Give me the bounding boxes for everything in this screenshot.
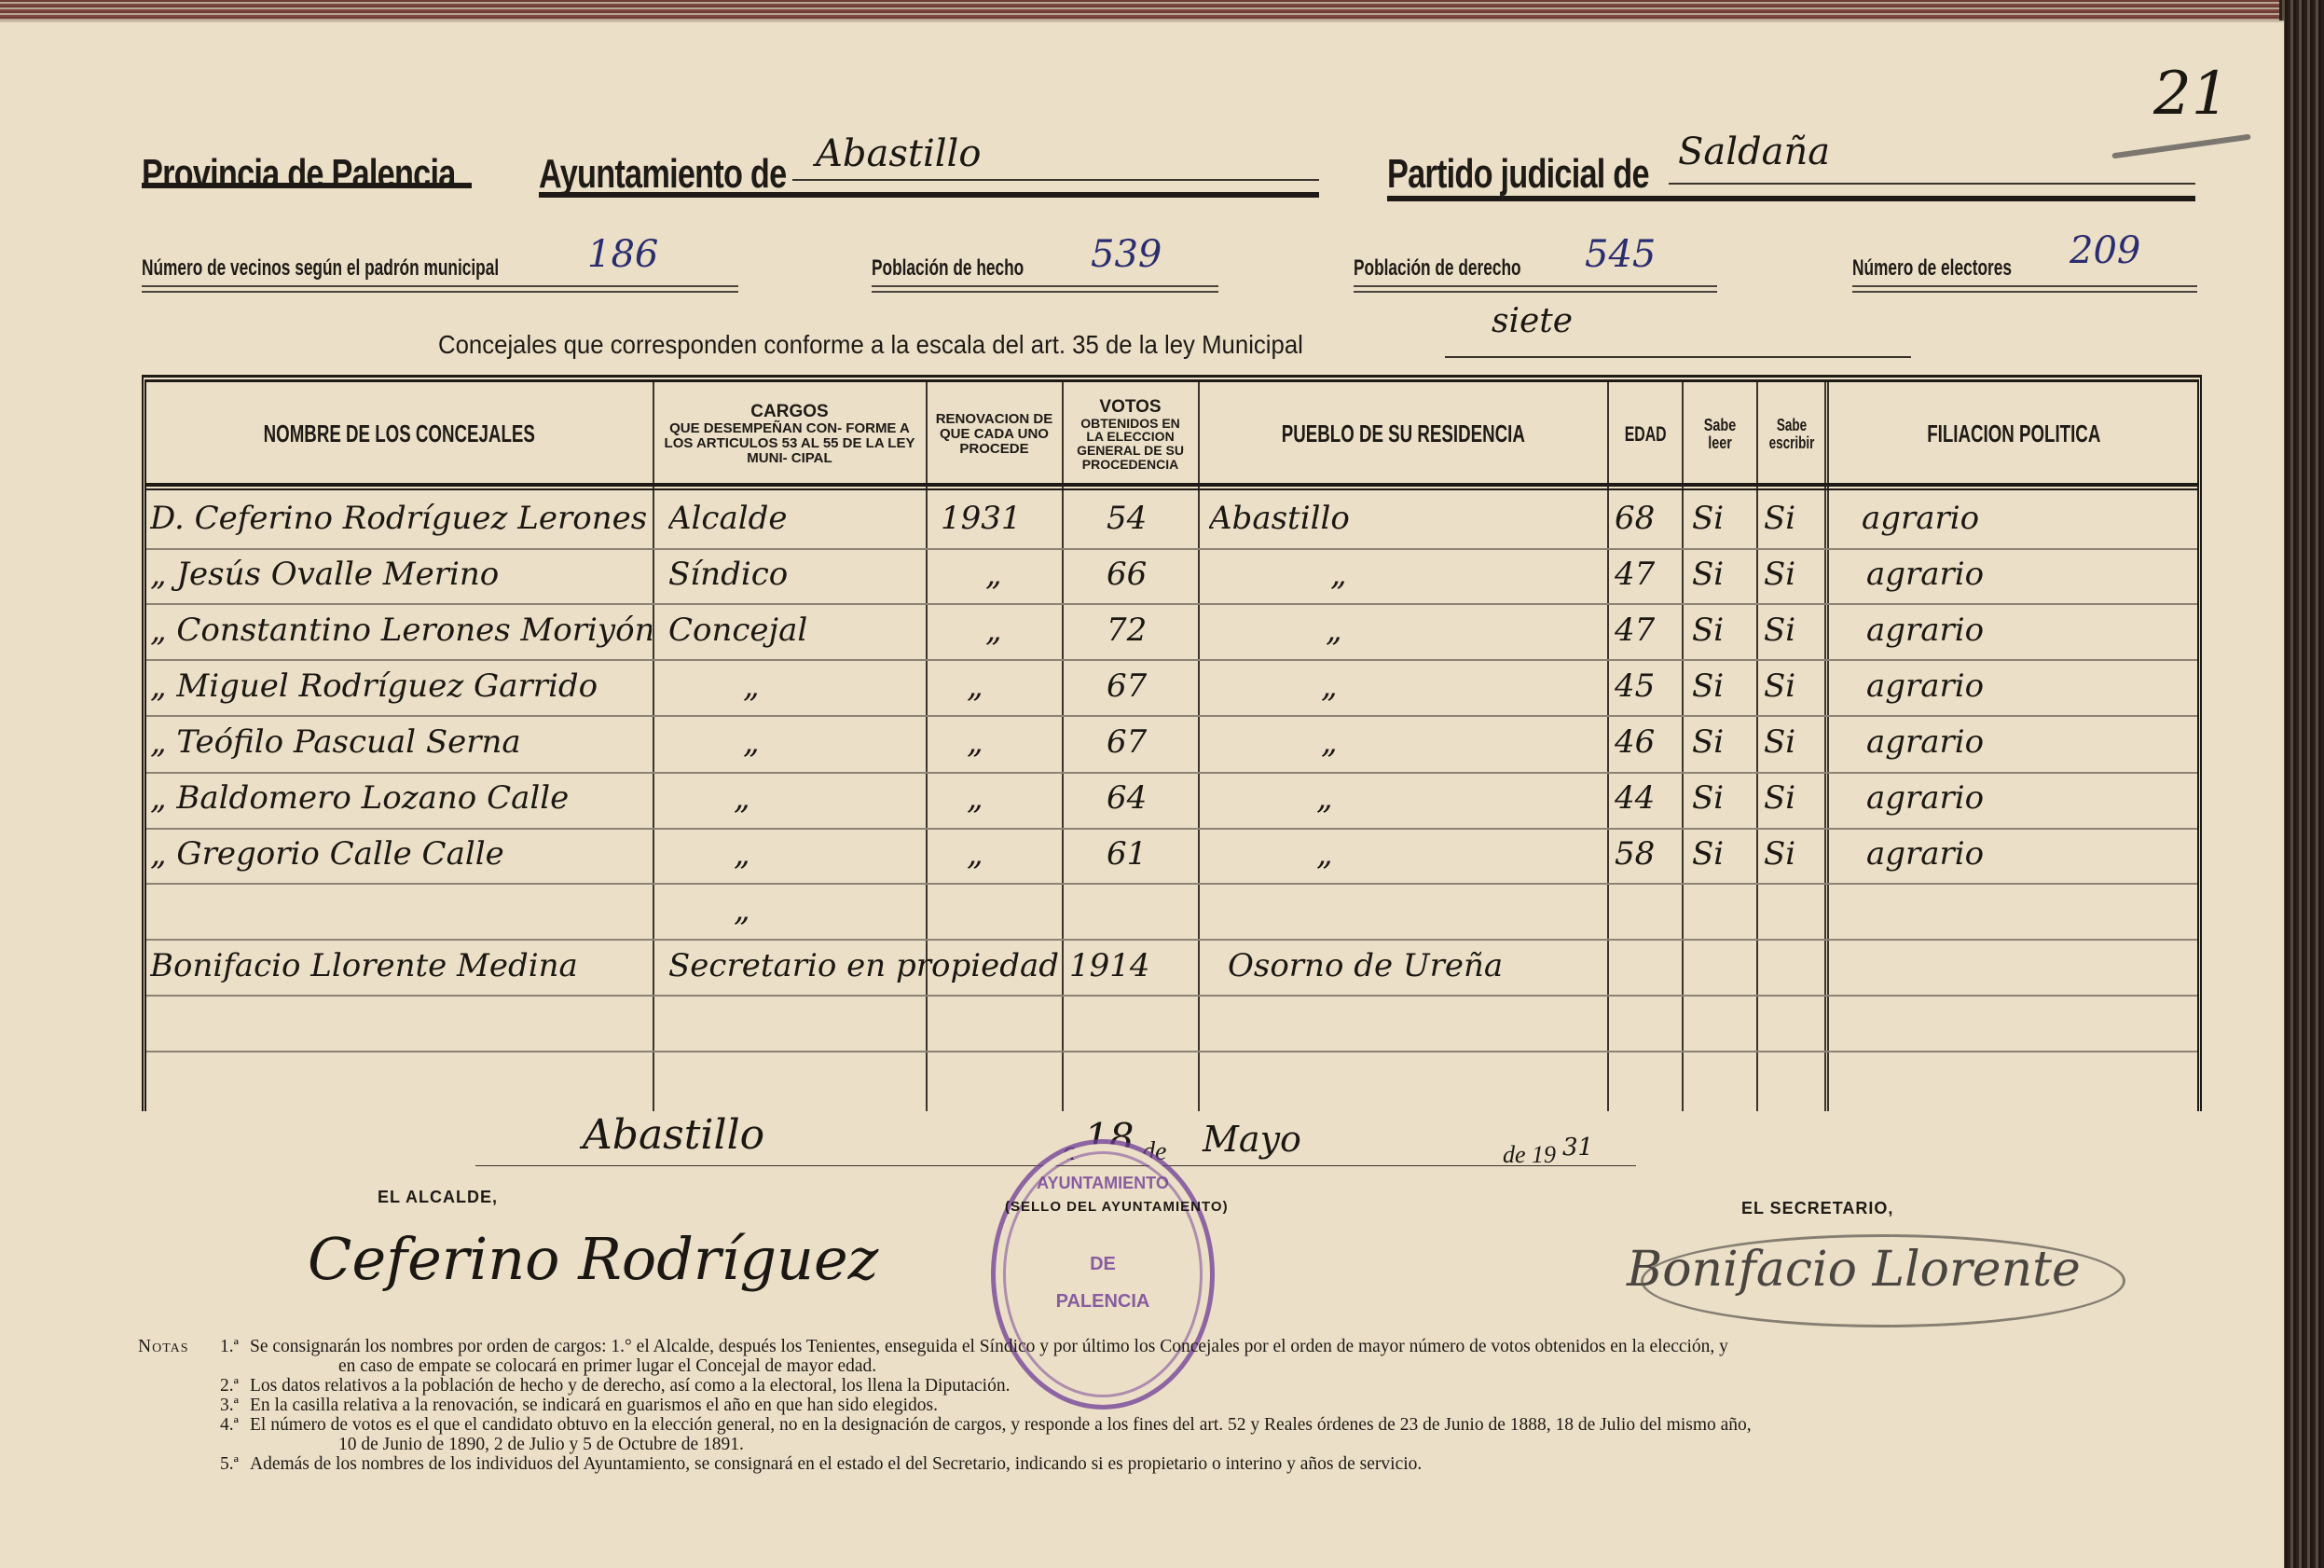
cell-renovacion: 1914	[1069, 947, 1150, 984]
ayuntamiento-value: Abastillo	[816, 132, 981, 175]
note-text: En la casilla relativa a la renovación, …	[250, 1396, 938, 1415]
cell-cargo: „	[734, 891, 750, 928]
col-divider	[1824, 382, 1829, 1111]
note-number: 5.ª	[138, 1454, 250, 1474]
header-filiacion: FILIACION POLITICA	[1831, 388, 2197, 481]
cell-votos: 66	[1107, 556, 1147, 593]
electores-value: 209	[2070, 229, 2140, 272]
note-text: El número de votos es el que el candidat…	[250, 1415, 1752, 1435]
header-sabe-escribir-text: Sabe escribir	[1767, 417, 1817, 452]
partido-fill-line	[1669, 183, 2195, 185]
col-divider	[1756, 382, 1758, 1111]
header-cargos-sub: QUE DESEMPEÑAN CON- FORME A LOS ARTICULO…	[664, 421, 915, 465]
document-page: 21 Provincia de Palencia Ayuntamiento de…	[0, 21, 2284, 1568]
header-cargos: CARGOS QUE DESEMPEÑAN CON- FORME A LOS A…	[654, 388, 925, 481]
derecho-rule	[1354, 285, 1717, 293]
ayuntamiento-fill-line	[792, 179, 1319, 181]
stamp-text-top: AYUNTAMIENTO	[996, 1174, 1210, 1193]
note-number: 3.ª	[138, 1396, 250, 1415]
cell-cargo: „	[743, 723, 760, 761]
cell-pueblo: „	[1330, 556, 1347, 593]
alcalde-label: EL ALCALDE,	[378, 1188, 498, 1207]
cell-nombre: D. Ceferino Rodríguez Lerones	[150, 500, 652, 537]
cell-edad: 45	[1615, 667, 1655, 705]
header-sabe-leer-text: Sabe leer	[1701, 417, 1739, 452]
row-rule	[146, 603, 2197, 605]
concejales-label: Concejales que corresponden conforme a l…	[438, 330, 1303, 360]
electores-label: Número de electores	[1852, 255, 2012, 282]
cell-renovacion: 1931	[941, 500, 1022, 537]
cell-filiacion: agrario	[1866, 723, 1984, 761]
cell-escribir: Si	[1764, 500, 1795, 537]
cell-leer: Si	[1692, 612, 1724, 649]
note-number: 4.ª	[138, 1415, 250, 1435]
cell-edad: 58	[1615, 835, 1655, 873]
col-divider	[653, 382, 654, 1111]
partido-value: Saldaña	[1678, 131, 1830, 173]
hecho-value: 539	[1091, 233, 1162, 276]
row-rule	[146, 659, 2197, 661]
header-renovacion: RENOVACION DE QUE CADA UNO PROCEDE	[928, 388, 1061, 481]
header-renovacion-text: RENOVACION DE QUE CADA UNO PROCEDE	[934, 412, 1055, 456]
note-text: Se consignarán los nombres por orden de …	[250, 1337, 1728, 1356]
col-divider	[1607, 382, 1609, 1111]
cell-votos: 61	[1107, 835, 1147, 873]
cell-escribir: Si	[1764, 779, 1795, 817]
cell-pueblo: Abastillo	[1209, 500, 1350, 537]
hecho-label: Población de hecho	[872, 255, 1024, 282]
cell-renovacion: „	[967, 835, 983, 873]
header-sabe-escribir: Sabe escribir	[1758, 388, 1825, 481]
row-rule	[146, 995, 2197, 997]
cell-nombre: „ Gregorio Calle Calle	[150, 835, 652, 873]
cell-pueblo: „	[1326, 612, 1342, 649]
note-continuation: 10 de Junio de 1890, 2 de Julio y 5 de O…	[138, 1435, 2235, 1454]
row-rule	[146, 1051, 2197, 1052]
year-label: de 19	[1503, 1141, 1556, 1169]
cell-nombre: „ Constantino Lerones Moriyón	[150, 612, 652, 649]
row-rule	[146, 828, 2197, 830]
cell-leer: Si	[1692, 500, 1724, 537]
notes-section: Notas 1.ª Se consignarán los nombres por…	[138, 1337, 2235, 1474]
col-divider	[926, 382, 928, 1111]
header-nombre: NOMBRE DE LOS CONCEJALES	[146, 388, 653, 481]
cell-leer: Si	[1692, 556, 1724, 593]
place-value: Abastillo	[583, 1111, 764, 1159]
cell-escribir: Si	[1764, 556, 1795, 593]
vecinos-rule	[142, 285, 738, 293]
secretario-label: EL SECRETARIO,	[1741, 1199, 1893, 1218]
cell-leer: Si	[1692, 779, 1724, 817]
row-rule	[146, 939, 2197, 941]
ayuntamiento-label: Ayuntamiento de	[539, 151, 786, 198]
header-rule	[146, 483, 2197, 490]
page-number-underline	[2111, 134, 2250, 159]
cell-leer: Si	[1692, 723, 1724, 761]
cell-pueblo: „	[1316, 835, 1333, 873]
header-filiacion-text: FILIACION POLITICA	[1927, 421, 2100, 447]
col-divider	[1062, 382, 1064, 1111]
alcalde-signature: Ceferino Rodríguez	[308, 1225, 878, 1293]
secretario-flourish	[1641, 1234, 2125, 1327]
cell-pueblo: „	[1321, 723, 1338, 761]
cell-cargo: „	[743, 667, 760, 705]
cell-votos: 67	[1107, 723, 1147, 761]
year-value: 31	[1562, 1134, 1593, 1162]
vecinos-value: 186	[587, 233, 658, 276]
cell-cargo: Alcalde	[668, 500, 788, 537]
cell-cargo: „	[734, 835, 750, 873]
note-item: 2.ª Los datos relativos a la población d…	[138, 1376, 2235, 1396]
concejales-value: siete	[1492, 302, 1573, 340]
note-continuation: en caso de empate se colocará en primer …	[138, 1356, 2235, 1376]
cell-cargo: Concejal	[668, 612, 807, 649]
cell-pueblo: „	[1321, 667, 1338, 705]
col-divider	[1198, 382, 1200, 1111]
book-binding-edge	[2279, 0, 2324, 1568]
cell-nombre: Bonifacio Llorente Medina	[150, 947, 652, 984]
note-item: 4.ª El número de votos es el que el cand…	[138, 1415, 2235, 1435]
partido-rule	[1387, 196, 2195, 201]
cell-filiacion: agrario	[1866, 667, 1984, 705]
cell-renovacion: „	[967, 667, 983, 705]
page-number: 21	[2153, 60, 2229, 129]
cell-escribir: Si	[1764, 667, 1795, 705]
derecho-value: 545	[1585, 233, 1656, 276]
derecho-label: Población de derecho	[1354, 255, 1521, 282]
cell-filiacion: agrario	[1866, 779, 1984, 817]
header-pueblo-text: PUEBLO DE SU RESIDENCIA	[1281, 421, 1524, 447]
cell-escribir: Si	[1764, 612, 1795, 649]
cell-votos: 54	[1107, 500, 1147, 537]
header-votos-sub: OBTENIDOS EN LA ELECCION GENERAL DE SU P…	[1072, 417, 1189, 472]
note-item: 3.ª En la casilla relativa a la renovaci…	[138, 1396, 2235, 1415]
month-value: Mayo	[1203, 1119, 1301, 1160]
notes-label: Notas	[138, 1337, 203, 1356]
cell-nombre: „ Teófilo Pascual Serna	[150, 723, 652, 761]
cell-filiacion: agrario	[1866, 556, 1984, 593]
col-divider	[1682, 382, 1684, 1111]
note-number: 1.ª	[203, 1337, 250, 1356]
ayuntamiento-rule	[539, 192, 1319, 198]
header-edad-text: EDAD	[1625, 423, 1667, 445]
cell-votos: 72	[1107, 612, 1147, 649]
note-text: Los datos relativos a la población de he…	[250, 1376, 1010, 1396]
cell-renovacion: „	[967, 723, 983, 761]
note-item: 5.ª Además de los nombres de los individ…	[138, 1454, 2235, 1474]
concejales-fill-line	[1445, 356, 1911, 358]
stamp-text-place: PALENCIA	[996, 1291, 1210, 1313]
cell-cargo: Secretario en propiedad	[668, 947, 1060, 984]
cell-renovacion: „	[985, 612, 1002, 649]
note-number: 2.ª	[138, 1376, 250, 1396]
row-rule	[146, 772, 2197, 774]
row-rule	[146, 715, 2197, 717]
header-cargos-title: CARGOS	[750, 403, 828, 421]
provincia-label: Provincia de Palencia	[142, 151, 456, 198]
concejales-table: NOMBRE DE LOS CONCEJALES CARGOS QUE DESE…	[142, 375, 2202, 1111]
cell-cargo: Síndico	[668, 556, 788, 593]
cell-votos: 64	[1107, 779, 1147, 817]
vecinos-label: Número de vecinos según el padrón munici…	[142, 255, 499, 282]
cell-renovacion: „	[967, 779, 983, 817]
cell-edad: 47	[1615, 556, 1655, 593]
note-item: Notas 1.ª Se consignarán los nombres por…	[138, 1337, 2235, 1356]
cell-edad: 68	[1615, 500, 1655, 537]
hecho-rule	[872, 285, 1218, 293]
cell-pueblo: „	[1316, 779, 1333, 817]
electores-rule	[1852, 285, 2197, 293]
cell-edad: 44	[1615, 779, 1655, 817]
cell-escribir: Si	[1764, 835, 1795, 873]
cell-edad: 46	[1615, 723, 1655, 761]
cell-escribir: Si	[1764, 723, 1795, 761]
header-edad: EDAD	[1609, 388, 1682, 481]
cell-leer: Si	[1692, 835, 1724, 873]
header-sabe-leer: Sabe leer	[1684, 388, 1756, 481]
row-rule	[146, 548, 2197, 550]
header-votos-title: VOTOS	[1099, 398, 1161, 417]
cell-nombre: „ Miguel Rodríguez Garrido	[150, 667, 652, 705]
cell-filiacion: agrario	[1866, 612, 1984, 649]
header-pueblo: PUEBLO DE SU RESIDENCIA	[1200, 388, 1606, 481]
stamp-label: (SELLO DEL AYUNTAMIENTO)	[1005, 1199, 1229, 1215]
row-rule	[146, 883, 2197, 885]
cell-leer: Si	[1692, 667, 1724, 705]
cell-nombre: „ Jesús Ovalle Merino	[150, 556, 652, 593]
header-votos: VOTOS OBTENIDOS EN LA ELECCION GENERAL D…	[1064, 388, 1197, 481]
cell-cargo: „	[734, 779, 750, 817]
cell-edad: 47	[1615, 612, 1655, 649]
note-text: Además de los nombres de los individuos …	[250, 1454, 1422, 1474]
header-nombre-text: NOMBRE DE LOS CONCEJALES	[264, 421, 535, 447]
cell-pueblo: Osorno de Ureña	[1228, 947, 1503, 984]
cell-filiacion: agrario	[1862, 500, 1979, 537]
cell-votos: 67	[1107, 667, 1147, 705]
cell-nombre: „ Baldomero Lozano Calle	[150, 779, 652, 817]
cell-filiacion: agrario	[1866, 835, 1984, 873]
cell-renovacion: „	[985, 556, 1002, 593]
stamp-text-de: DE	[996, 1254, 1210, 1275]
provincia-rule	[142, 183, 472, 188]
partido-label: Partido judicial de	[1387, 151, 1649, 198]
